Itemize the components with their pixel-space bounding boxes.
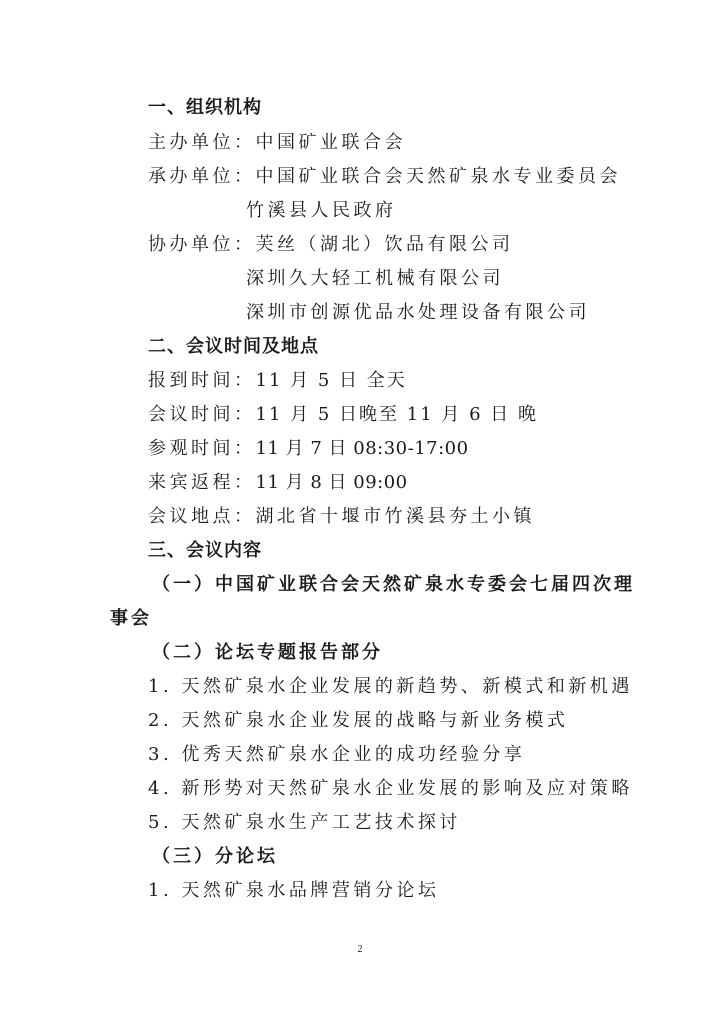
schedule-value: 湖北省十堰市竹溪县夯土小镇: [256, 506, 536, 527]
schedule-value: 11 月 8 日 09:00: [256, 472, 408, 493]
schedule-label: 会议地点：: [148, 506, 256, 527]
schedule-label: 来宾返程：: [148, 472, 256, 493]
co-organizer-value: 深圳市创源优品水处理设备有限公司: [246, 301, 590, 325]
content-part2-title: （二）论坛专题报告部分: [152, 641, 383, 665]
schedule-row: 会议地点：湖北省十堰市竹溪县夯土小镇: [148, 505, 535, 529]
organizer-row: 承办单位：中国矿业联合会天然矿泉水专业委员会: [148, 165, 621, 189]
page-number: 2: [0, 944, 720, 955]
schedule-row: 参观时间：11 月 7 日 08:30-17:00: [148, 437, 469, 461]
schedule-value: 11 月 5 日 全天: [256, 370, 407, 391]
section-title-time-place: 二、会议时间及地点: [148, 335, 319, 359]
schedule-row: 报到时间：11 月 5 日 全天: [148, 369, 407, 393]
co-organizer-label: 协办单位：: [148, 234, 256, 255]
report-topic: 3. 优秀天然矿泉水企业的成功经验分享: [148, 743, 525, 767]
content-part1-continued: 事会: [110, 607, 152, 631]
section-title-content: 三、会议内容: [148, 539, 262, 563]
host-row: 主办单位：中国矿业联合会: [148, 131, 406, 155]
report-topic: 4. 新形势对天然矿泉水企业发展的影响及应对策略: [148, 777, 633, 801]
schedule-label: 参观时间：: [148, 438, 256, 459]
organizer-label: 承办单位：: [148, 166, 256, 187]
co-organizer-value: 芙丝（湖北）饮品有限公司: [256, 234, 514, 255]
content-part1: （一）中国矿业联合会天然矿泉水专委会七届四次理: [152, 573, 635, 597]
co-organizer-row: 协办单位：芙丝（湖北）饮品有限公司: [148, 233, 514, 257]
organizer-value: 中国矿业联合会天然矿泉水专业委员会: [256, 166, 622, 187]
schedule-row: 会议时间：11 月 5 日晚至 11 月 6 日 晚: [148, 403, 538, 427]
sub-forum-item: 1. 天然矿泉水品牌营销分论坛: [148, 879, 439, 903]
schedule-row: 来宾返程：11 月 8 日 09:00: [148, 471, 408, 495]
schedule-value: 11 月 5 日晚至 11 月 6 日 晚: [256, 404, 539, 425]
section-title-organization: 一、组织机构: [148, 96, 262, 120]
schedule-value: 11 月 7 日 08:30-17:00: [256, 438, 469, 459]
host-value: 中国矿业联合会: [256, 132, 407, 153]
host-label: 主办单位：: [148, 132, 256, 153]
schedule-label: 报到时间：: [148, 370, 256, 391]
report-topic: 1. 天然矿泉水企业发展的新趋势、新模式和新机遇: [148, 675, 633, 699]
report-topic: 2. 天然矿泉水企业发展的战略与新业务模式: [148, 709, 568, 733]
report-topic: 5. 天然矿泉水生产工艺技术探讨: [148, 811, 461, 835]
content-part3-title: （三）分论坛: [152, 845, 278, 869]
schedule-label: 会议时间：: [148, 404, 256, 425]
co-organizer-value: 深圳久大轻工机械有限公司: [246, 267, 504, 291]
organizer-value: 竹溪县人民政府: [246, 199, 397, 223]
